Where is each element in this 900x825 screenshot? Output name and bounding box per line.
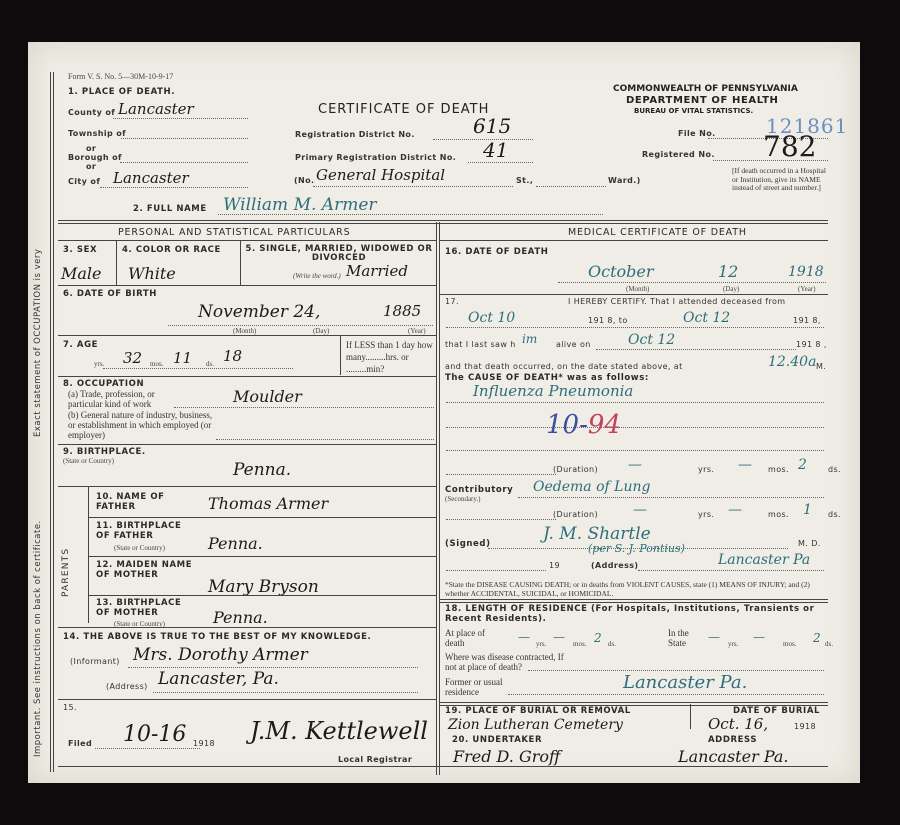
cause-of-death: Influenza Pneumonia xyxy=(473,382,633,400)
undertaker-value: Fred D. Groff xyxy=(453,747,560,766)
city-value: Lancaster xyxy=(113,169,189,187)
contributory-label: Contributory xyxy=(445,485,513,495)
county-label: County of xyxy=(68,108,115,117)
filed-date: 10-16 xyxy=(123,722,186,747)
age-years: 32 xyxy=(123,349,142,367)
age-days: 18 xyxy=(223,347,242,365)
dob-label: 6. DATE OF BIRTH xyxy=(63,289,157,299)
reg-district-value: 615 xyxy=(473,114,511,138)
attended-from: Oct 10 xyxy=(468,310,515,326)
informant-value: Mrs. Dorothy Armer xyxy=(133,645,308,665)
county-value: Lancaster xyxy=(118,100,194,118)
registered-no-value: 782 xyxy=(763,130,816,163)
registered-no-label: Registered No. xyxy=(642,150,715,159)
file-no-label: File No. xyxy=(678,129,716,138)
birthplace-value: Penna. xyxy=(233,460,291,480)
age-months: 11 xyxy=(173,349,192,367)
contrib-duration-days: 1 xyxy=(803,502,812,518)
less-than-day: If LESS than 1 day how many.........hrs.… xyxy=(346,339,434,375)
alive-on-date: Oct 12 xyxy=(628,332,675,348)
township-label: Township of xyxy=(68,129,126,138)
physician-note: (per S. J. Pontius) xyxy=(588,542,685,555)
father-birthplace-value: Penna. xyxy=(208,534,263,553)
physician-address: Lancaster Pa xyxy=(718,552,810,568)
primary-district-value: 41 xyxy=(483,138,508,162)
institution-note: [If death occurred in a Hospital or Inst… xyxy=(732,167,832,193)
burial-place-value: Zion Lutheran Cemetery xyxy=(448,717,623,733)
undertaker-address-label: ADDRESS xyxy=(708,735,757,745)
mother-name-value: Mary Bryson xyxy=(208,577,319,597)
cause-code: 10-94 xyxy=(546,410,621,440)
filed-year: 1918 xyxy=(193,739,215,748)
informant-address-value: Lancaster, Pa. xyxy=(158,669,279,689)
age-label: 7. AGE xyxy=(63,340,98,350)
undertaker-address-value: Lancaster Pa. xyxy=(678,747,788,766)
personal-heading: PERSONAL AND STATISTICAL PARTICULARS xyxy=(118,227,350,238)
contracted-label: Where was disease contracted, If not at … xyxy=(445,652,565,672)
in-state-days: 2 xyxy=(813,631,821,645)
full-name-value: William M. Armer xyxy=(223,195,377,215)
undertaker-label: 20. UNDERTAKER xyxy=(452,735,542,745)
residence-label: 18. LENGTH OF RESIDENCE (For Hospitals, … xyxy=(445,604,827,624)
footnote: *State the DISEASE CAUSING DEATH; or in … xyxy=(445,580,827,598)
dob-year: 1885 xyxy=(383,302,421,320)
mother-birthplace-value: Penna. xyxy=(213,608,268,627)
certificate-title: CERTIFICATE OF DEATH xyxy=(318,102,489,117)
death-time: 12.40a xyxy=(768,354,816,370)
at-place-days: 2 xyxy=(594,631,602,645)
full-name-label: 2. FULL NAME xyxy=(133,204,207,214)
informant-heading: 14. THE ABOVE IS TRUE TO THE BEST OF MY … xyxy=(63,632,371,642)
contributory-value: Oedema of Lung xyxy=(533,479,650,495)
side-note-top: Exact statement of OCCUPATION is very xyxy=(33,249,43,437)
dod-year: 1918 xyxy=(788,264,824,280)
reg-district-label: Registration District No. xyxy=(295,130,415,139)
sex-label: 3. SEX xyxy=(63,245,97,255)
bureau: BUREAU OF VITAL STATISTICS. xyxy=(634,107,753,115)
hospital-value: General Hospital xyxy=(316,166,445,184)
form-number: Form V. S. No. 5—30M-10-9-17 xyxy=(68,72,173,81)
marital-value: Married xyxy=(346,262,408,280)
occupation-label: 8. OCCUPATION xyxy=(63,379,144,389)
last-saw-pronoun: im xyxy=(522,332,537,346)
city-label: City of xyxy=(68,177,100,186)
race-value: White xyxy=(128,264,176,283)
birthplace-label: 9. BIRTHPLACE. xyxy=(63,447,146,457)
commonwealth: COMMONWEALTH OF PENNSYLVANIA xyxy=(613,84,798,94)
father-name-value: Thomas Armer xyxy=(208,494,328,513)
filed-label: Filed xyxy=(68,739,92,748)
department: DEPARTMENT OF HEALTH xyxy=(626,95,778,106)
occupation-value: Moulder xyxy=(233,387,302,406)
signed-label: (Signed) xyxy=(445,539,491,549)
father-name-label: 10. NAME OF FATHER xyxy=(96,492,186,512)
former-residence-value: Lancaster Pa. xyxy=(623,672,747,693)
parents-label: PARENTS xyxy=(61,548,71,597)
dod-day: 12 xyxy=(718,262,738,281)
place-of-death-heading: 1. PLACE OF DEATH. xyxy=(68,87,175,97)
dod-label: 16. DATE OF DEATH xyxy=(445,247,548,257)
dod-month: October xyxy=(588,262,654,281)
race-label: 4. COLOR OR RACE xyxy=(122,245,221,255)
death-certificate: Exact statement of OCCUPATION is very Im… xyxy=(28,42,860,783)
burial-year: 1918 xyxy=(794,722,816,731)
mother-birthplace-label: 13. BIRTHPLACE OF MOTHER xyxy=(96,598,196,618)
registrar-signature: J.M. Kettlewell xyxy=(250,717,428,745)
dob-month-day: November 24, xyxy=(198,302,320,322)
primary-district-label: Primary Registration District No. xyxy=(295,153,456,162)
side-note-bottom: Important. See instructions on back of c… xyxy=(33,520,43,757)
registrar-label: Local Registrar xyxy=(338,755,412,764)
mother-name-label: 12. MAIDEN NAME OF MOTHER xyxy=(96,560,196,580)
sex-value: Male xyxy=(61,264,102,283)
duration-days: 2 xyxy=(798,457,807,473)
burial-place-label: 19. PLACE OF BURIAL OR REMOVAL xyxy=(445,706,631,716)
certify-text: I HEREBY CERTIFY. That I attended deceas… xyxy=(568,297,785,306)
medical-heading: MEDICAL CERTIFICATE OF DEATH xyxy=(568,227,747,238)
marital-label: 5. SINGLE, MARRIED, WIDOWED OR DIVORCED xyxy=(244,245,434,263)
attended-to: Oct 12 xyxy=(683,310,730,326)
physician-signature: J. M. Shartle xyxy=(543,524,651,544)
borough-label: Borough of xyxy=(68,153,122,162)
burial-date-value: Oct. 16, xyxy=(708,715,768,733)
father-birthplace-label: 11. BIRTHPLACE OF FATHER xyxy=(96,521,186,541)
